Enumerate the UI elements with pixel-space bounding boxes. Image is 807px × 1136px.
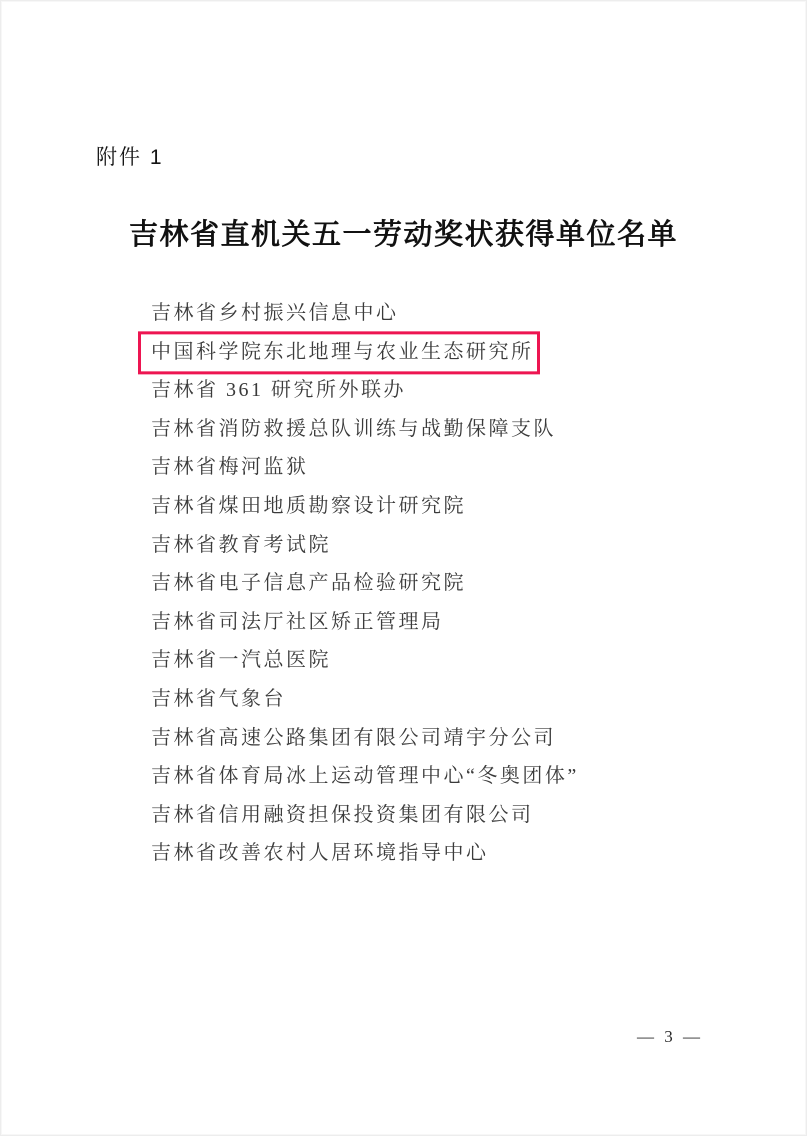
list-item: 吉林省高速公路集团有限公司靖宇分公司 xyxy=(151,719,579,758)
attachment-label: 附件 1 xyxy=(96,141,164,171)
list-item: 吉林省司法厅社区矫正管理局 xyxy=(151,603,579,642)
unit-list: 吉林省乡村振兴信息中心中国科学院东北地理与农业生态研究所吉林省 361 研究所外… xyxy=(151,294,579,873)
list-item: 吉林省气象台 xyxy=(151,680,579,719)
list-item: 吉林省煤田地质勘察设计研究院 xyxy=(151,487,579,526)
list-item: 吉林省电子信息产品检验研究院 xyxy=(151,564,579,603)
list-item: 吉林省信用融资担保投资集团有限公司 xyxy=(151,796,579,835)
list-item: 吉林省乡村振兴信息中心 xyxy=(151,294,579,333)
list-item: 吉林省体育局冰上运动管理中心“冬奥团体” xyxy=(151,757,579,796)
list-item: 吉林省改善农村人居环境指导中心 xyxy=(151,834,579,873)
list-item: 吉林省消防救援总队训练与战勤保障支队 xyxy=(151,410,579,449)
list-item: 吉林省教育考试院 xyxy=(151,526,579,565)
list-item-highlighted: 中国科学院东北地理与农业生态研究所 xyxy=(151,333,579,372)
list-item: 吉林省一汽总医院 xyxy=(151,641,579,680)
list-item: 吉林省 361 研究所外联办 xyxy=(151,371,579,410)
page-title: 吉林省直机关五一劳动奖状获得单位名单 xyxy=(1,212,806,253)
document-page: 附件 1 吉林省直机关五一劳动奖状获得单位名单 吉林省乡村振兴信息中心中国科学院… xyxy=(0,0,807,1136)
list-item: 吉林省梅河监狱 xyxy=(151,448,579,487)
page-number: — 3 — xyxy=(637,1027,703,1047)
